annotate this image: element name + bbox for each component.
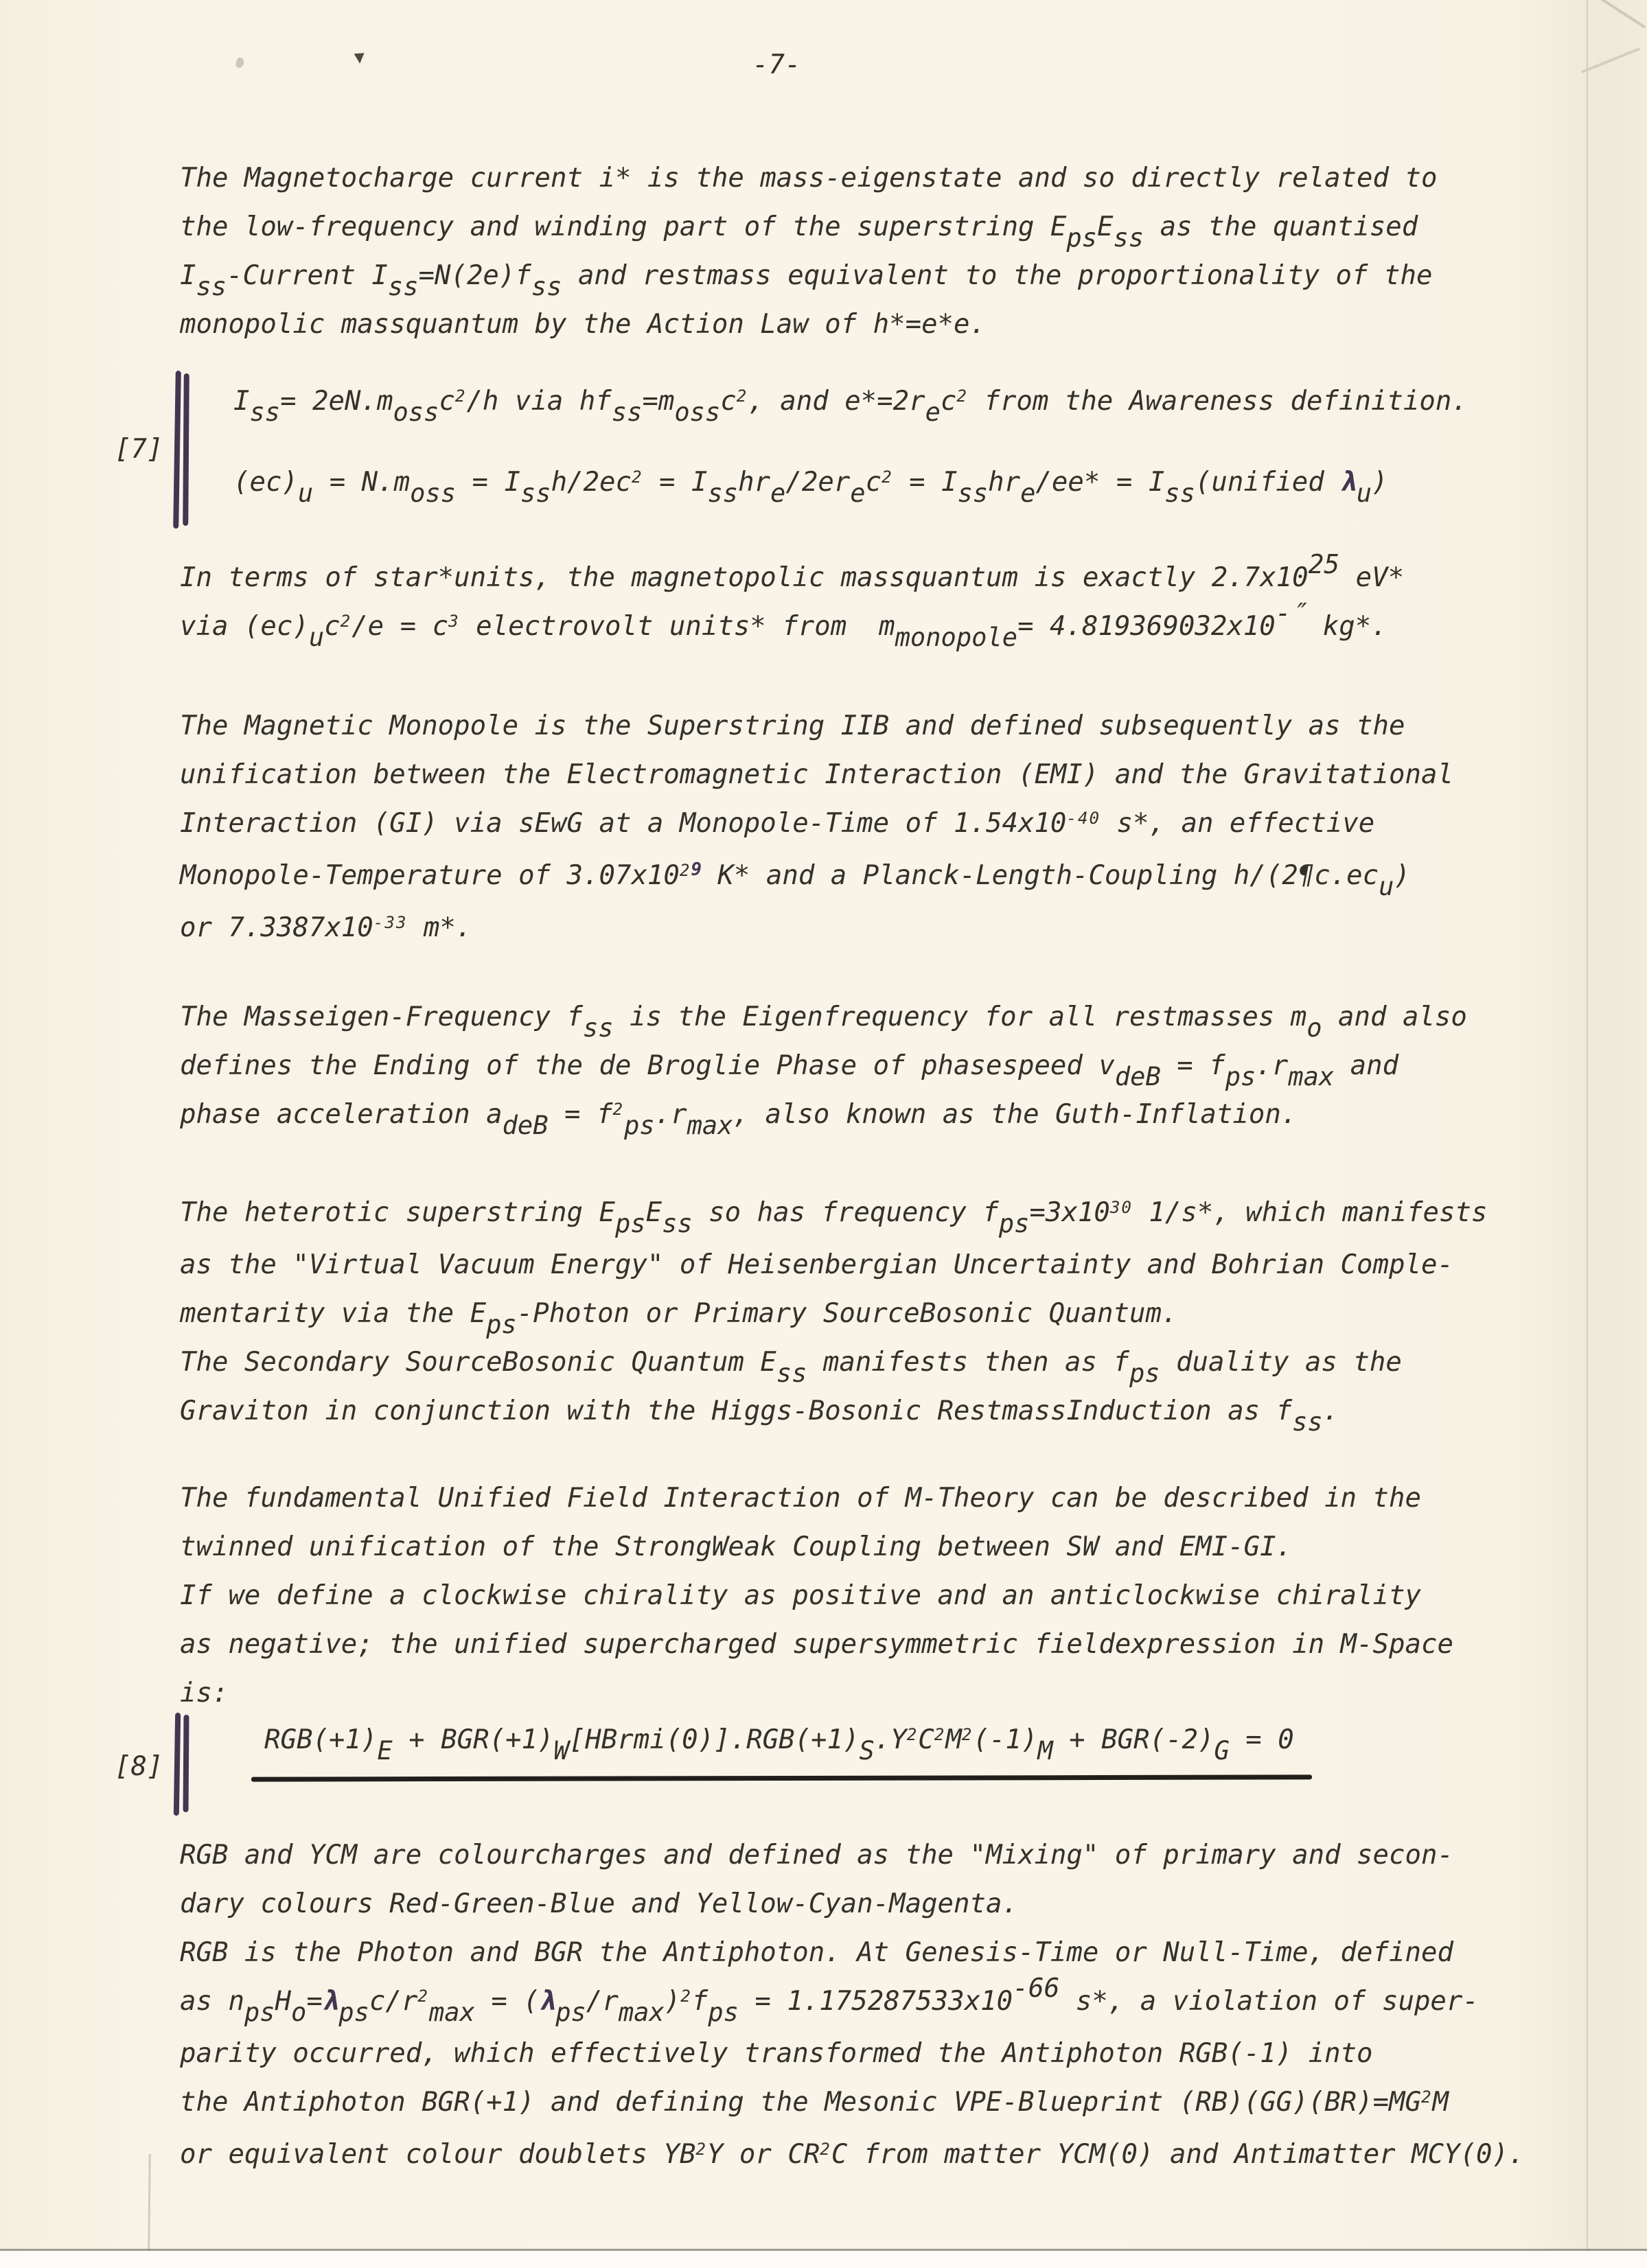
text-run: as the quantised [1144, 211, 1418, 242]
subscript: deB [1115, 1062, 1161, 1091]
subscript: monopole [895, 623, 1017, 652]
text-line: via (ec)uc2/e = c3 electrovolt units* fr… [180, 602, 1498, 654]
text-run: as n [180, 1986, 244, 2017]
text-run: M [945, 1724, 961, 1755]
scanner-background [0, 2251, 1647, 2268]
subscript: oss [410, 478, 456, 508]
subscript: e [1020, 478, 1035, 508]
text-run: + BGR(-2) [1053, 1724, 1214, 1755]
text-run: The fundamental Unified Field Interactio… [180, 1483, 1421, 1514]
text-run: RGB is the Photon and BGR the Antiphoton… [180, 1937, 1453, 1968]
subscript: ss [249, 397, 280, 427]
subscript: e [850, 478, 865, 508]
text-line: RGB is the Photon and BGR the Antiphoton… [180, 1928, 1498, 1977]
text-run: E [646, 1197, 662, 1228]
text-run: + BGR(+1) [393, 1724, 554, 1755]
text-run: c [941, 386, 956, 417]
text-line: In terms of star*units, the magnetopolic… [180, 553, 1498, 602]
text-run: = 0 [1230, 1724, 1294, 1755]
subscript: e [770, 478, 785, 508]
text-run: =m [642, 386, 674, 417]
subscript: E [377, 1736, 392, 1766]
text-line: unification between the Electromagnetic … [180, 750, 1498, 799]
text-run: eV* [1339, 562, 1404, 593]
text-line: (ec)u = N.moss = Issh/2ec2 = Isshre/2ere… [233, 443, 1498, 524]
text-run: c [324, 611, 340, 642]
subscript: max [619, 1998, 665, 2027]
superscript-small: 2 [612, 1100, 624, 1119]
text-run: = 1.175287533x10 [739, 1986, 1013, 2017]
text-run: electrovolt units* from m [460, 611, 895, 642]
subscript: ss [1114, 223, 1144, 253]
text-run: The Masseigen-Frequency f [180, 1002, 583, 1032]
text-line: Graviton in conjunction with the Higgs-B… [180, 1387, 1498, 1435]
text-run: -Photon or Primary SourceBosonic Quantum… [517, 1298, 1178, 1329]
subscript: G [1214, 1736, 1229, 1766]
text-run: via (ec) [180, 611, 309, 642]
text-run: hr [988, 467, 1020, 498]
subscript: ss [583, 1013, 614, 1043]
superscript-large: 25 [1309, 549, 1340, 579]
subscript: W [554, 1736, 569, 1766]
equation-lines: Iss= 2eN.mossc2/h via hfss=mossc2, and e… [180, 362, 1498, 524]
text-run: from the Awareness definition. [968, 386, 1468, 417]
superscript-small: -33 [373, 913, 408, 932]
paragraph-5: The heterotic superstring EpsEss so has … [180, 1188, 1498, 1435]
subscript: ps [615, 1209, 646, 1238]
text-run: [HBrmi(0)].RGB(+1) [569, 1724, 860, 1755]
text-line: Iss= 2eN.mossc2/h via hfss=mossc2, and e… [233, 362, 1498, 443]
subscript: ps [486, 1310, 517, 1339]
text-run: C [918, 1724, 934, 1755]
text-run: (unified [1195, 467, 1340, 498]
text-run: .r [1256, 1050, 1288, 1081]
superscript-small: 2 [1421, 2087, 1433, 2107]
text-run: The heterotic superstring E [180, 1197, 615, 1228]
text-run: = I [893, 467, 958, 498]
page-curl-mark [1581, 47, 1641, 73]
text-run: s*, an effective [1101, 808, 1374, 839]
superscript-small: 2 [680, 861, 691, 880]
subscript: ps [1066, 223, 1097, 253]
text-line: The Secondary SourceBosonic Quantum Ess … [180, 1338, 1498, 1387]
subscript: deB [503, 1111, 549, 1140]
text-line: twinned unification of the StrongWeak Co… [180, 1523, 1498, 1571]
text-run: hr [738, 467, 770, 498]
subscript: oss [393, 397, 439, 427]
text-run: C from matter YCM(0) and Antimatter MCY(… [831, 2139, 1525, 2170]
text-run: Y or CR [707, 2139, 820, 2170]
superscript-small: 2 [632, 467, 643, 487]
text-run: and also [1322, 1002, 1467, 1032]
text-run: = 4.819369032x10 [1017, 611, 1276, 642]
superscript-small: 2 [820, 2140, 831, 2159]
text-line: as the "Virtual Vacuum Energy" of Heisen… [180, 1240, 1498, 1289]
equation-underline [251, 1774, 1312, 1781]
paragraph-4: The Masseigen-Frequency fss is the Eigen… [180, 993, 1498, 1142]
subscript: ss [531, 272, 562, 301]
page-number: -7- [752, 49, 801, 80]
text-run: /r [586, 1986, 619, 2017]
text-line: phase acceleration adeB = f2ps.rmax, als… [180, 1090, 1498, 1142]
text-run: H [275, 1986, 291, 2017]
subscript: ss [958, 478, 989, 508]
subscript: ps [244, 1998, 275, 2027]
equation-lines: RGB(+1)E + BGR(+1)W[HBrmi(0)].RGB(+1)S.Y… [180, 1715, 1498, 1768]
text-run: /e = c [352, 611, 448, 642]
subscript: ss [1292, 1407, 1323, 1437]
text-run: dary colours Red-Green-Blue and Yellow-C… [180, 1888, 1018, 1919]
equation-label: [7] [115, 434, 163, 465]
text-run: so has frequency f [693, 1197, 999, 1228]
equation-block-7: [7] Iss= 2eN.mossc2/h via hfss=mossc2, a… [180, 362, 1498, 524]
text-run: as the "Virtual Vacuum Energy" of Heisen… [180, 1249, 1453, 1280]
superscript-large: -66 [1013, 1973, 1059, 2003]
scanned-page: -7- ▾ The Magnetocharge current i* is th… [0, 0, 1647, 2251]
paper-crease [148, 2154, 150, 2251]
text-run: c [439, 386, 454, 417]
subscript: ps [555, 1998, 586, 2027]
text-run: defines the Ending of the de Broglie Pha… [180, 1050, 1115, 1081]
text-run: = I [643, 467, 708, 498]
text-run: mentarity via the E [180, 1298, 486, 1329]
superscript-small: -40 [1066, 809, 1101, 828]
text-line: is: [180, 1669, 1498, 1717]
subscript: ss [707, 478, 738, 508]
subscript: max [687, 1111, 733, 1140]
text-run: The Magnetic Monopole is the Superstring… [180, 710, 1405, 741]
superscript-small: 2 [962, 1725, 974, 1744]
text-line: the Antiphoton BGR(+1) and defining the … [180, 2078, 1498, 2130]
paragraph-6: The fundamental Unified Field Interactio… [180, 1474, 1498, 1717]
paper-speck-mark [235, 57, 245, 69]
superscript-small: 2 [680, 1987, 692, 2006]
text-run: h/2ec [551, 467, 632, 498]
subscript: M [1037, 1736, 1052, 1766]
subscript: u [1357, 478, 1372, 508]
text-run: or 7.3387x10 [180, 912, 373, 943]
page-edge-line [1587, 0, 1588, 2251]
text-line: or 7.3387x10-33 m*. [180, 903, 1498, 956]
pen-arrow-mark: ▾ [354, 45, 365, 70]
superscript-small: 30 [1110, 1198, 1133, 1217]
text-run: , also known as the Guth-Inflation. [733, 1099, 1298, 1130]
subscript: max [1288, 1062, 1334, 1091]
text-run: The Magnetocharge current i* is the mass… [180, 163, 1437, 194]
text-run: /h via hf [466, 386, 611, 417]
text-run: = N.m [313, 467, 410, 498]
text-line: The Magnetic Monopole is the Superstring… [180, 702, 1498, 750]
text-run: K* and a Planck-Length-Coupling h/(2¶c.e… [702, 860, 1379, 891]
text-run: ) [665, 1986, 680, 2017]
text-run: and restmass equivalent to the proportio… [562, 260, 1433, 291]
text-line: dary colours Red-Green-Blue and Yellow-C… [180, 1879, 1498, 1928]
text-run: twinned unification of the StrongWeak Co… [180, 1531, 1292, 1562]
text-run: -Current I [227, 260, 388, 291]
text-run: = I [456, 467, 520, 498]
text-run: is the Eigenfrequency for all restmasses… [614, 1002, 1307, 1032]
subscript: max [429, 1998, 475, 2027]
pen-annotation: λ [1340, 467, 1356, 498]
text-run: In terms of star*units, the magnetopolic… [180, 562, 1309, 593]
text-run: /2er [785, 467, 850, 498]
text-run: Monopole-Temperature of 3.07x10 [180, 860, 680, 891]
text-run: monopolic massquantum by the Action Law … [180, 309, 986, 340]
text-line: The fundamental Unified Field Interactio… [180, 1474, 1498, 1523]
text-run: is: [180, 1678, 228, 1709]
text-run: duality as the [1160, 1347, 1402, 1378]
text-run: = ( [475, 1986, 540, 2017]
superscript-small: 2 [737, 386, 748, 406]
pen-superscript: 9 [691, 859, 702, 880]
superscript-large: -″ [1276, 598, 1307, 628]
text-run: manifests then as f [807, 1347, 1129, 1378]
subscript: ps [708, 1998, 739, 2027]
text-run: unification between the Electromagnetic … [180, 759, 1453, 790]
text-run: M [1433, 2087, 1449, 2118]
superscript-small: 2 [455, 386, 467, 406]
text-run: f [692, 1986, 708, 2017]
equation-block-8: [8] RGB(+1)E + BGR(+1)W[HBrmi(0)].RGB(+1… [180, 1715, 1498, 1768]
superscript-small: 2 [907, 1725, 919, 1744]
text-run: ) [1394, 860, 1409, 891]
text-run: (ec) [233, 467, 298, 498]
subscript: ss [520, 478, 551, 508]
text-run: =3x10 [1029, 1197, 1109, 1228]
text-run: c [866, 467, 882, 498]
text-run: c [720, 386, 736, 417]
text-run: kg*. [1306, 611, 1387, 642]
subscript: ps [624, 1111, 655, 1140]
superscript-small: 2 [956, 386, 968, 406]
subscript: ps [1129, 1358, 1160, 1388]
text-run: =N(2e)f [419, 260, 531, 291]
text-line: or equivalent colour doublets YB2Y or CR… [180, 2130, 1498, 2182]
text-run: the low-frequency and winding part of th… [180, 211, 1066, 242]
superscript-small: 2 [341, 612, 352, 631]
text-line: monopolic massquantum by the Action Law … [180, 300, 1498, 349]
subscript: o [1306, 1013, 1322, 1043]
text-run: . [1323, 1396, 1339, 1426]
text-run: I [180, 260, 196, 291]
text-run: .r [655, 1099, 687, 1130]
superscript-small: 2 [934, 1725, 946, 1744]
text-run: = [306, 1986, 322, 2017]
superscript-small: 2 [695, 2140, 707, 2159]
text-run: s*, a violation of super- [1059, 1986, 1478, 2017]
subscript: ps [338, 1998, 369, 2027]
text-line: The Magnetocharge current i* is the mass… [180, 154, 1498, 202]
text-run: (-1) [973, 1724, 1037, 1755]
subscript: ps [1225, 1062, 1256, 1091]
text-run: as negative; the unified supercharged su… [180, 1629, 1453, 1660]
text-run: m*. [407, 912, 472, 943]
text-line: Monopole-Temperature of 3.07x1029 K* and… [180, 851, 1498, 903]
text-run: the Antiphoton BGR(+1) and defining the … [180, 2087, 1421, 2118]
text-line: as negative; the unified supercharged su… [180, 1620, 1498, 1669]
equation-label: [8] [115, 1751, 163, 1782]
text-run: I [233, 386, 249, 417]
pen-annotation: λ [540, 1986, 555, 2017]
text-line: mentarity via the Eps-Photon or Primary … [180, 1289, 1498, 1338]
text-run: The Secondary SourceBosonic Quantum E [180, 1347, 776, 1378]
text-run: or equivalent colour doublets YB [180, 2139, 695, 2170]
text-run: .Y [875, 1724, 907, 1755]
text-run: Graviton in conjunction with the Higgs-B… [180, 1396, 1292, 1426]
text-run: = f [549, 1099, 613, 1130]
text-run: RGB and YCM are colourcharges and define… [180, 1840, 1453, 1871]
subscript: ss [776, 1358, 807, 1388]
subscript: oss [674, 397, 720, 427]
text-line: The Masseigen-Frequency fss is the Eigen… [180, 993, 1498, 1041]
text-line: the low-frequency and winding part of th… [180, 202, 1498, 251]
subscript: ss [196, 272, 227, 301]
subscript: u [1379, 872, 1394, 901]
text-run: E [1097, 211, 1113, 242]
text-run: RGB(+1) [264, 1724, 377, 1755]
text-line: RGB and YCM are colourcharges and define… [180, 1831, 1498, 1879]
text-run: /ee* = I [1035, 467, 1164, 498]
text-line: defines the Ending of the de Broglie Pha… [180, 1041, 1498, 1090]
paragraph-3: The Magnetic Monopole is the Superstring… [180, 702, 1498, 956]
text-line: parity occurred, which effectively trans… [180, 2029, 1498, 2078]
text-line: Iss-Current Iss=N(2e)fss and restmass eq… [180, 251, 1498, 300]
pen-annotation: λ [323, 1986, 338, 2017]
subscript: ss [388, 272, 419, 301]
superscript-small: 2 [882, 467, 893, 487]
text-run: Interaction (GI) via sEwG at a Monopole-… [180, 808, 1066, 839]
text-line: RGB(+1)E + BGR(+1)W[HBrmi(0)].RGB(+1)S.Y… [264, 1715, 1498, 1768]
subscript: ss [1164, 478, 1195, 508]
text-run: = 2eN.m [280, 386, 393, 417]
text-line: as npsHo=λpsc/r2max = (λps/rmax)2fps = 1… [180, 1977, 1498, 2029]
subscript: ss [662, 1209, 693, 1238]
text-run: c/r [369, 1986, 417, 2017]
text-run: 1/s*, which manifests [1133, 1197, 1488, 1228]
text-line: If we define a clockwise chirality as po… [180, 1571, 1498, 1620]
subscript: o [291, 1998, 306, 2027]
text-line: The heterotic superstring EpsEss so has … [180, 1188, 1498, 1240]
paragraph-2: In terms of star*units, the magnetopolic… [180, 553, 1498, 654]
subscript: e [925, 397, 941, 427]
text-run: parity occurred, which effectively trans… [180, 2038, 1373, 2069]
text-run: ) [1372, 467, 1387, 498]
text-run: , and e*=2r [748, 386, 925, 417]
text-run: phase acceleration a [180, 1099, 503, 1130]
paragraph-7: RGB and YCM are colourcharges and define… [180, 1831, 1498, 2182]
subscript: u [298, 478, 313, 508]
text-run: = f [1161, 1050, 1225, 1081]
subscript: ps [999, 1209, 1030, 1238]
superscript-small: 3 [448, 612, 460, 631]
subscript: u [309, 623, 324, 652]
text-run: and [1334, 1050, 1398, 1081]
subscript: ss [612, 397, 643, 427]
paragraph-1: The Magnetocharge current i* is the mass… [180, 154, 1498, 349]
subscript: S [859, 1736, 874, 1766]
text-line: Interaction (GI) via sEwG at a Monopole-… [180, 799, 1498, 851]
superscript-small: 2 [417, 1987, 429, 2006]
text-run: If we define a clockwise chirality as po… [180, 1580, 1421, 1611]
